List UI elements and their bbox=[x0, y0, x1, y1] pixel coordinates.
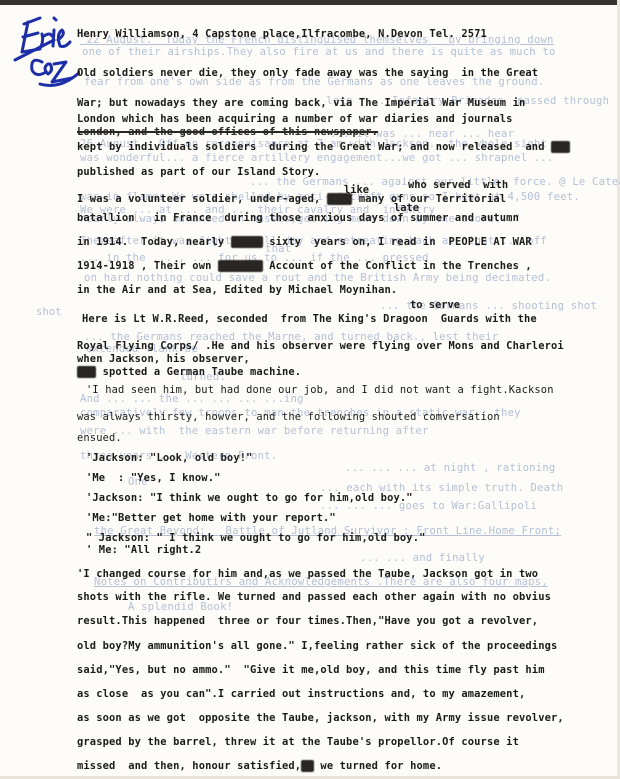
body-line: Old soldiers never die, they only fade a… bbox=[77, 67, 538, 79]
struck-word: we bbox=[301, 760, 314, 772]
body-line: as soon as we got opposite the Taube, ja… bbox=[77, 712, 564, 724]
body-text: missed and then, honour satisfied, bbox=[77, 760, 301, 772]
body-line: shots with the rifle. We turned and pass… bbox=[77, 591, 551, 603]
body-line: in 1914. Today, nearly sixty sixty years… bbox=[77, 236, 532, 248]
struck-word: account bbox=[218, 260, 263, 272]
inserted-text: who served with bbox=[408, 179, 508, 191]
body-text: in 1914. Today, nearly bbox=[77, 236, 224, 248]
body-line: War; but nowadays they are coming back, … bbox=[77, 97, 525, 109]
dialogue-line: " Jackson: " I think we ought to go for … bbox=[86, 532, 426, 544]
dialogue-line: 'Me : "Yes, I know." bbox=[86, 472, 221, 484]
body-line: in the Air and at Sea, Edited by Michael… bbox=[77, 284, 397, 296]
struck-word: with bbox=[327, 193, 353, 205]
body-line: Royal Flying Corps/ .He and his observer… bbox=[77, 340, 564, 352]
body-text: Account of the Conflict in the Trenches … bbox=[269, 260, 532, 272]
body-line: batallion in France during those anxious… bbox=[77, 212, 519, 224]
body-line: I was a volunteer soldier, under-aged, w… bbox=[77, 193, 506, 205]
dialogue-line: 'Jackson: "I think we ought to go for hi… bbox=[86, 492, 413, 504]
inserted-text: to serve bbox=[410, 299, 460, 311]
body-line: 'I changed course for him and,as we pass… bbox=[77, 568, 538, 580]
body-text: sixty years on, I read in PEOPLE AT WAR bbox=[269, 236, 532, 248]
show-through-line: ... ... ... at night , rationing bbox=[345, 462, 556, 474]
body-line: as close as you can".I carried out instr… bbox=[77, 688, 525, 700]
struck-word: put bbox=[551, 141, 570, 153]
body-line: old boy?My ammunition's all gone." I,fee… bbox=[77, 640, 557, 652]
body-text: many of our Territorial bbox=[359, 193, 506, 205]
body-line: and spotted a German Taube machine. bbox=[77, 366, 301, 378]
show-through-margin-note: shot bbox=[36, 306, 62, 318]
body-text: kept by individuals soldiers during the … bbox=[77, 141, 545, 153]
body-line: missed and then, honour satisfied,we we … bbox=[77, 760, 442, 772]
show-through-line: was wonderful... a fierce artillery enga… bbox=[80, 152, 554, 164]
body-line: was always thirsty, howver, and the foll… bbox=[77, 411, 500, 423]
body-text: 1914-1918 , Their own bbox=[77, 260, 212, 272]
body-line: ensued. bbox=[77, 432, 122, 444]
body-text: spotted a German Taube machine. bbox=[103, 366, 302, 378]
struck-text: London, and the good offices of this new… bbox=[77, 126, 378, 138]
dialogue-line: 'Me:"Better get home with your report." bbox=[86, 512, 336, 524]
body-line: 1914-1918 , Their own account Account of… bbox=[77, 260, 532, 272]
letterhead: Henry Williamson, 4 Capstone place,Ilfra… bbox=[77, 28, 487, 40]
body-line: result.This happened three or four times… bbox=[77, 615, 538, 627]
show-through-line: ... ... and finally bbox=[360, 552, 485, 564]
body-line: London which has been acquiring a number… bbox=[77, 113, 513, 125]
body-line: kept by individuals soldiers during the … bbox=[77, 141, 570, 153]
struck-word: sixty bbox=[231, 236, 263, 248]
body-text: we turned for home. bbox=[320, 760, 442, 772]
dialogue-line: ' Me: "All right.2 bbox=[86, 544, 201, 556]
page-top-edge-shadow bbox=[0, 0, 620, 5]
dialogue-line: 'Jackson: "Look, old boy!" bbox=[86, 452, 253, 464]
show-through-line: one of their airships.They also fire at … bbox=[82, 46, 556, 58]
body-line: published as part of our Island Story. bbox=[77, 166, 320, 178]
body-line: Here is Lt W.R.Reed, seconded from The K… bbox=[82, 313, 537, 325]
handwritten-annotation-ernie-coz bbox=[10, 12, 80, 92]
body-line: grasped by the barrel, threw it at the T… bbox=[77, 736, 519, 748]
show-through-line: were ... with the eastern war before ret… bbox=[80, 425, 429, 437]
body-line: when Jackson, his observer, bbox=[77, 353, 250, 365]
show-through-line: on hard nothing could save a rout and th… bbox=[84, 272, 551, 284]
body-line: 'I had seen him, but had done our job, a… bbox=[86, 384, 554, 396]
struck-out-line: London, and the good offices of this new… bbox=[77, 126, 378, 138]
typed-letter-page: '22 August. Today the French distinguise… bbox=[0, 0, 620, 779]
body-text: I was a volunteer soldier, under-aged, bbox=[77, 193, 320, 205]
struck-word: and bbox=[77, 366, 96, 378]
body-line: said,"Yes, but no ammo." "Give it me,old… bbox=[77, 664, 545, 676]
